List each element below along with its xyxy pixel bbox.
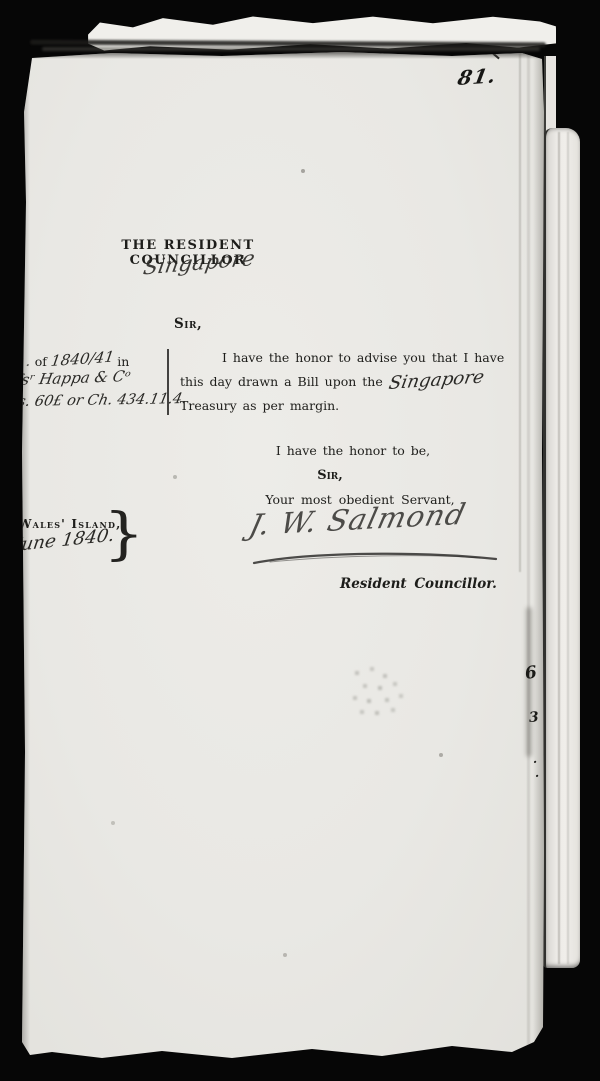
- paper-speckles: [22, 52, 24, 54]
- page-crease: [519, 52, 521, 572]
- closing-line-2: Sir,: [230, 468, 430, 483]
- page-top-shadow: [22, 52, 544, 59]
- signature-title: Resident Councillor.: [340, 576, 497, 592]
- page-left-shadow: [22, 52, 30, 1060]
- edge-bleed-mark: 3: [528, 709, 539, 726]
- margin-note-cutoff: .: [25, 352, 32, 370]
- dateline-brace: }: [103, 502, 144, 568]
- body-line-3: Treasury as per margin.: [180, 398, 339, 413]
- page-number: 81.: [456, 63, 499, 90]
- scan-shadow-streak: [42, 47, 540, 51]
- back-sheet-right-edge: [543, 128, 580, 968]
- body-line-2-printed: this day drawn a Bill upon the: [180, 374, 383, 389]
- edge-bleed-mark: 6: [524, 662, 539, 683]
- page-edge-notch: [21, 216, 25, 227]
- margin-note-line-2: ſsʳ Happa & Cᵒ: [14, 367, 132, 389]
- signature-flourish: [250, 548, 502, 568]
- faint-stamp-smudge: [344, 666, 346, 668]
- margin-note-of: of: [35, 354, 47, 369]
- edge-bleed-dot: .: [535, 766, 539, 780]
- body-line-2-handwritten: Singapore: [387, 366, 486, 393]
- document-scan: 81. THE RESIDENT COUNCILLOR Singapore Si…: [0, 0, 600, 1081]
- margin-note-line-3: s. 60£ or Ch. 434.11.4.: [16, 391, 188, 410]
- back-sheet-right-sliver: [544, 56, 556, 134]
- margin-separator-line: [167, 349, 169, 415]
- sheet-crease: [558, 132, 560, 964]
- edge-bleed-dot: .: [533, 752, 537, 766]
- letter-page: 81. THE RESIDENT COUNCILLOR Singapore Si…: [22, 52, 544, 1060]
- page-edge-shading: [533, 52, 544, 1060]
- closing-line-1: I have the honor to be,: [253, 443, 453, 458]
- body-line-2: this day drawn a Bill upon theSingapore: [180, 373, 482, 394]
- salutation: Sir,: [174, 316, 202, 332]
- margin-note-year-handwritten: 1840/41: [50, 348, 116, 370]
- page-crease: [527, 52, 530, 1060]
- body-line-1: I have the honor to advise you that I ha…: [222, 350, 504, 365]
- sheet-crease: [567, 132, 569, 964]
